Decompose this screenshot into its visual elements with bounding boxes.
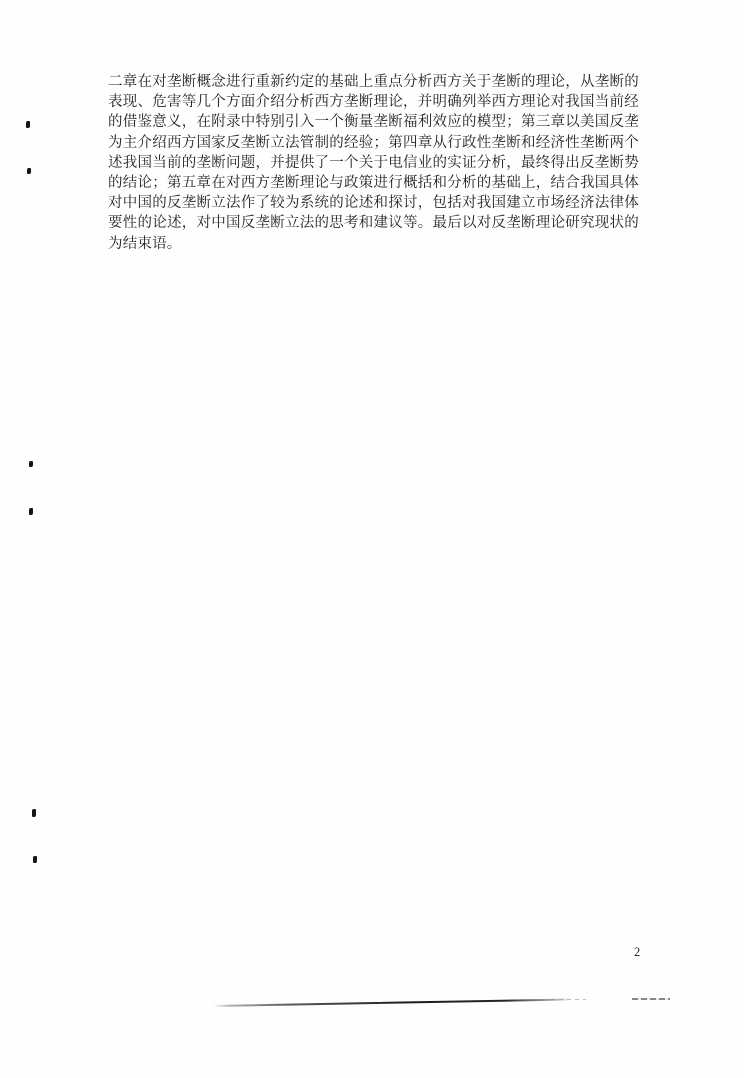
binding-speck-mark	[33, 856, 37, 863]
page-number: 2	[634, 945, 640, 959]
paragraph-line: 要性的论述，对中国反垄断立法的思考和建议等。最后以对反垄断理论研究现状的反思作	[108, 213, 639, 233]
paragraph-line: 对中国的反垄断立法作了较为系统的论述和探讨，包括对我国建立市场经济法律体系的必	[108, 193, 639, 213]
document-page: 二章在对垄断概念进行重新约定的基础上重点分析西方关于垄断的理论，从垄断的成因、 …	[0, 0, 744, 1078]
paragraph-line: 述我国当前的垄断问题，并提供了一个关于电信业的实证分析，最终得出反垄断势在必行	[108, 153, 639, 173]
binding-speck-mark	[29, 461, 33, 467]
paragraph-line: 二章在对垄断概念进行重新约定的基础上重点分析西方关于垄断的理论，从垄断的成因、	[108, 72, 639, 92]
paragraph-line: 的结论；第五章在对西方垄断理论与政策进行概括和分析的基础上，结合我国具体国情，	[108, 173, 639, 193]
paragraph-line: 表现、危害等几个方面介绍分析西方垄断理论，并明确列举西方理论对我国当前经济建设	[108, 92, 639, 112]
binding-speck-mark	[26, 121, 30, 128]
paragraph-line: 的借鉴意义，在附录中特别引入一个衡量垄断福利效应的模型；第三章以美国反垄断立法	[108, 112, 639, 132]
scan-artifact-dashes	[632, 998, 670, 1000]
scan-artifact-dashes	[551, 999, 586, 1000]
abstract-paragraph: 二章在对垄断概念进行重新约定的基础上重点分析西方关于垄断的理论，从垄断的成因、 …	[108, 72, 639, 254]
binding-speck-mark	[27, 168, 31, 174]
paragraph-line: 为结束语。	[108, 234, 639, 254]
scan-artifact-line	[213, 998, 570, 1007]
binding-speck-mark	[32, 809, 36, 817]
binding-speck-mark	[29, 508, 33, 515]
paragraph-line: 为主介绍西方国家反垄断立法管制的经验；第四章从行政性垄断和经济性垄断两个方面论	[108, 133, 639, 153]
